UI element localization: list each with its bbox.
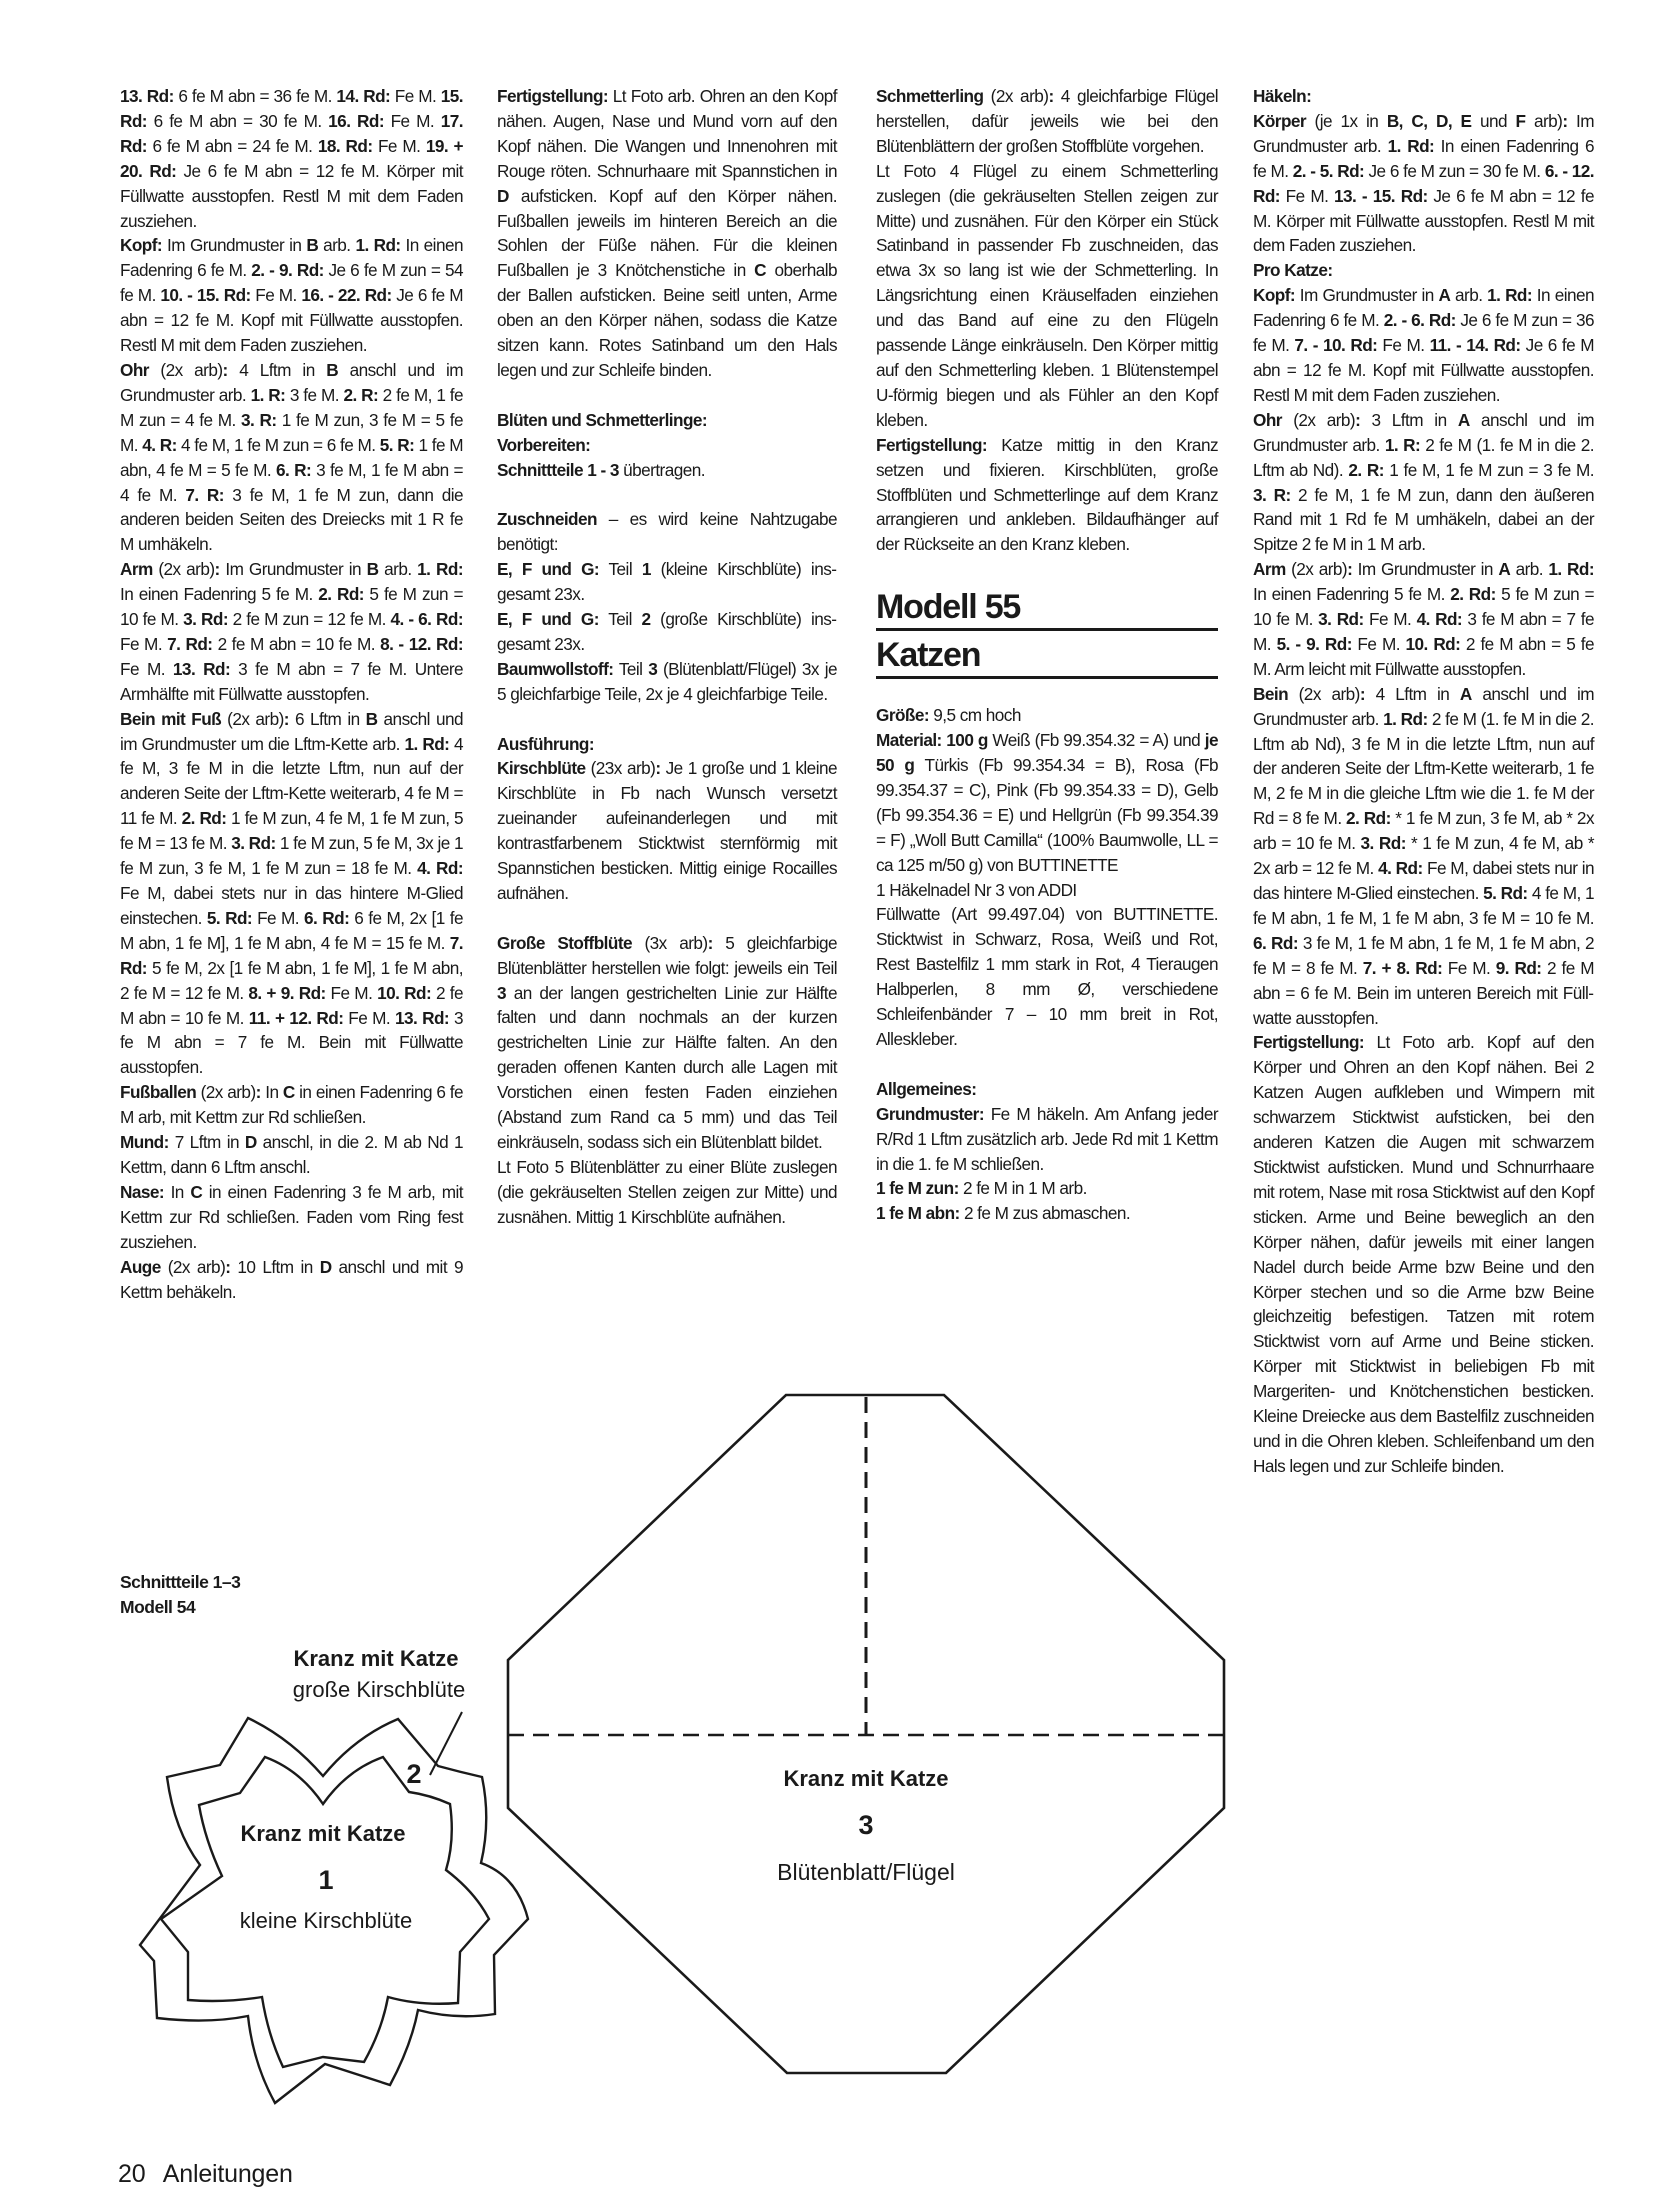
blossom-diagram: Kranz mit Katze große Kirschblüte 2 Kran… [0, 0, 1654, 2205]
page-footer: 20 Anleitungen [118, 2160, 293, 2189]
piece-1-number: 1 [318, 1865, 333, 1895]
piece-2-title: Kranz mit Katze [293, 1646, 458, 1671]
piece-2-pointer-line [430, 1712, 462, 1775]
section-name: Anleitungen [163, 2160, 293, 2188]
piece-1-name: kleine Kirschblüte [240, 1908, 412, 1933]
piece-1-title: Kranz mit Katze [240, 1821, 405, 1846]
page-number: 20 [118, 2160, 145, 2188]
piece-2-number: 2 [406, 1759, 421, 1789]
piece-2-name: große Kirschblüte [293, 1677, 465, 1702]
